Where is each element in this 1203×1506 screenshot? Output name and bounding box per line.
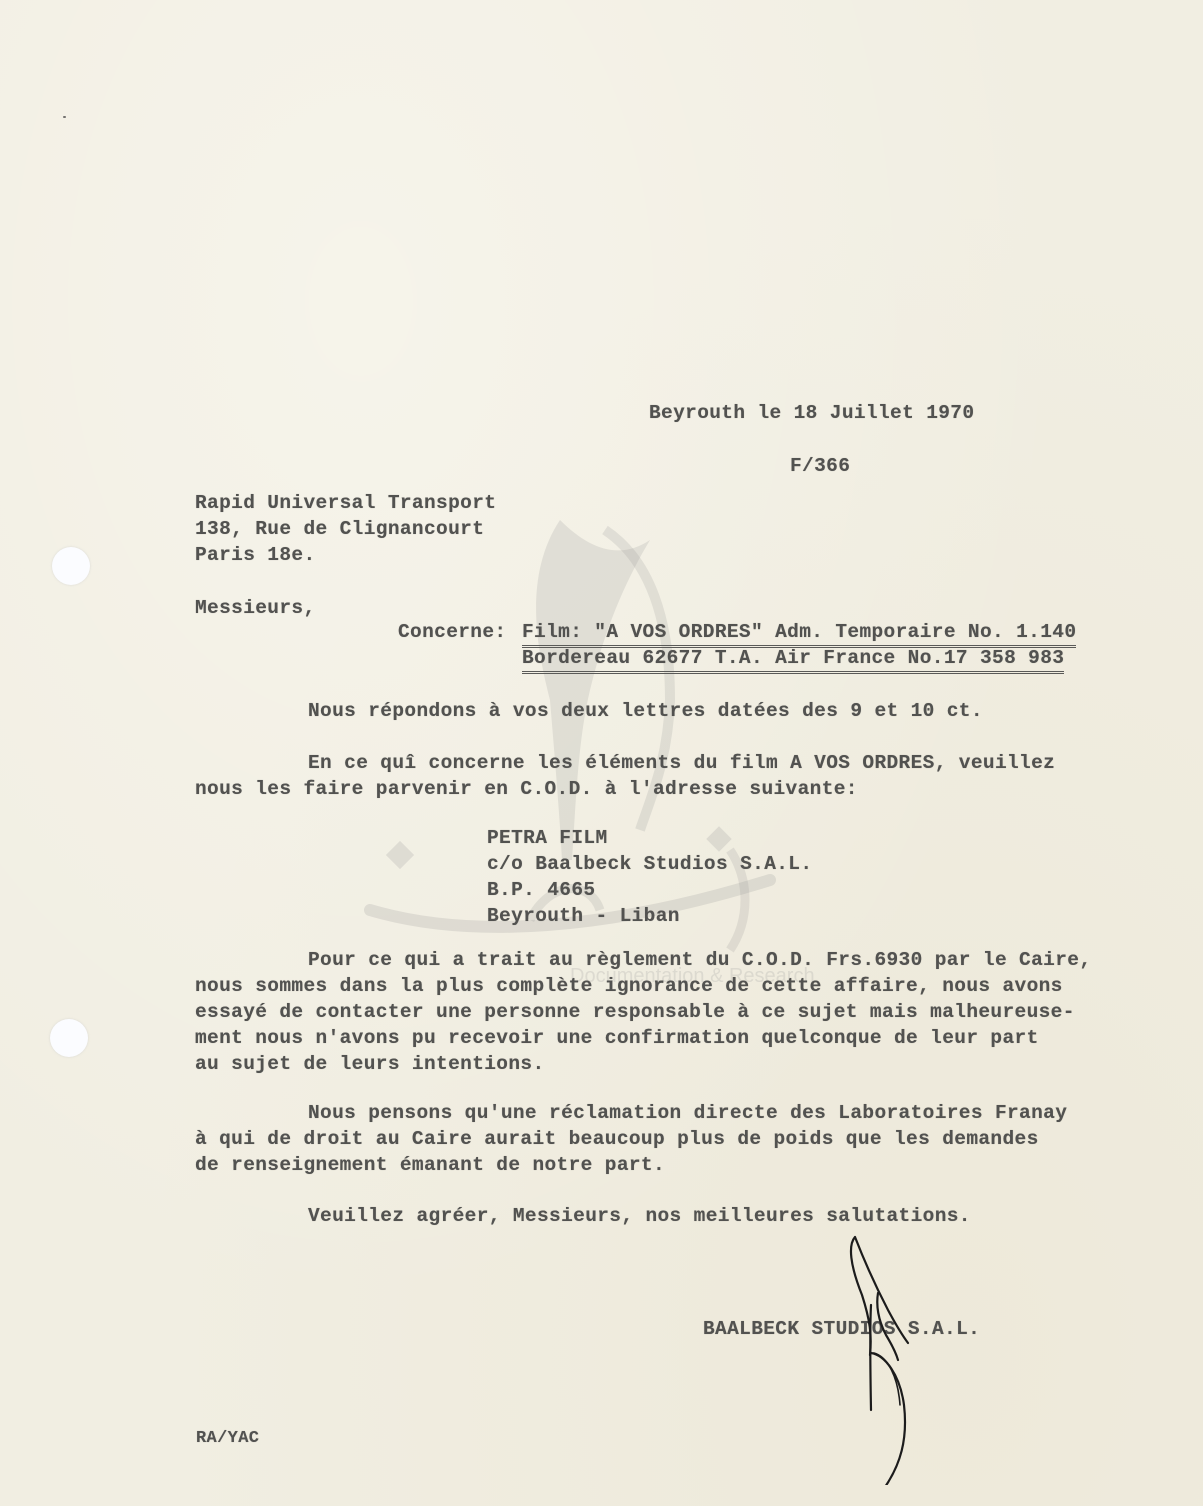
handwritten-signature-icon (830, 1225, 950, 1485)
paragraph-4-line-1: Nous pensons qu'une réclamation directe … (308, 1100, 1067, 1126)
paragraph-4-line-3: de renseignement émanant de notre part. (195, 1152, 665, 1178)
letter-date: Beyrouth le 18 Juillet 1970 (649, 400, 974, 426)
scan-speck (63, 116, 66, 118)
paragraph-3-line-3: essayé de contacter une personne respons… (195, 999, 1075, 1025)
recipient-name: Rapid Universal Transport (195, 490, 496, 516)
address-line-2: c/o Baalbeck Studios S.A.L. (487, 851, 812, 877)
address-line-1: PETRA FILM (487, 825, 608, 851)
recipient-city: Paris 18e. (195, 542, 316, 568)
punch-hole-bottom (50, 1019, 88, 1057)
subject-line-2: Bordereau 62677 T.A. Air France No.17 35… (522, 645, 1064, 674)
punch-hole-top (52, 547, 90, 585)
address-line-3: B.P. 4665 (487, 877, 595, 903)
paragraph-2-line-1: En ce quî concerne les éléments du film … (308, 750, 1055, 776)
paragraph-3-line-4: ment nous n'avons pu recevoir une confir… (195, 1025, 1039, 1051)
paragraph-4-line-2: à qui de droit au Caire aurait beaucoup … (195, 1126, 1039, 1152)
letter-page: Documentation & Research Beyrouth le 18 … (0, 0, 1203, 1506)
paragraph-3-line-5: au sujet de leurs intentions. (195, 1051, 545, 1077)
typist-initials: RA/YAC (196, 1426, 259, 1452)
paragraph-3-line-2: nous sommes dans la plus complète ignora… (195, 973, 1063, 999)
subject-line-1: Film: "A VOS ORDRES" Adm. Temporaire No.… (522, 619, 1076, 648)
address-line-4: Beyrouth - Liban (487, 903, 680, 929)
salutation: Messieurs, (195, 595, 316, 621)
subject-label: Concerne: (398, 619, 506, 645)
recipient-street: 138, Rue de Clignancourt (195, 516, 484, 542)
paragraph-2-line-2: nous les faire parvenir en C.O.D. à l'ad… (195, 776, 858, 802)
reference-number: F/366 (790, 453, 850, 479)
paragraph-1: Nous répondons à vos deux lettres datées… (308, 698, 983, 724)
paragraph-3-line-1: Pour ce qui a trait au règlement du C.O.… (308, 947, 1091, 973)
